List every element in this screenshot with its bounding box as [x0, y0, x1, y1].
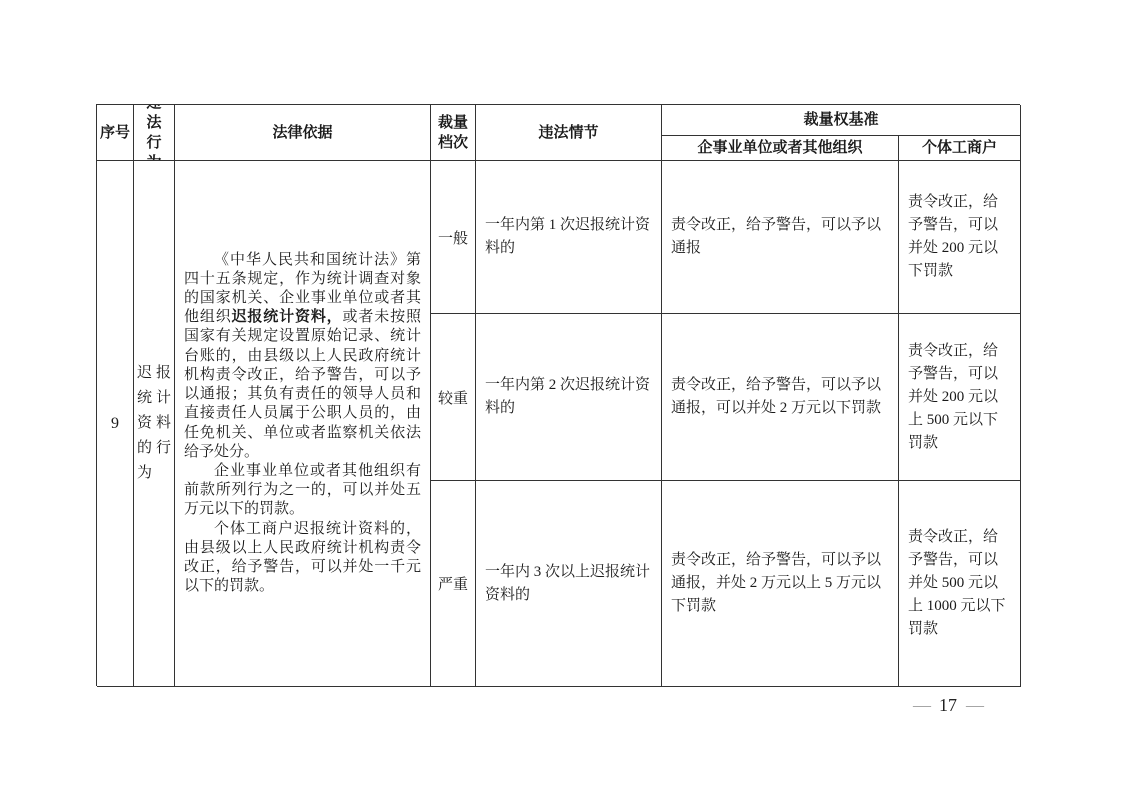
org-basis-cell-3: 责令改正，给予警告，可以予以通报，并处 2 万元以上 5 万元以下罚款 — [662, 481, 899, 687]
header-org: 企事业单位或者其他组织 — [662, 136, 899, 161]
org-basis-cell-2: 责令改正，给予警告，可以予以通报，可以并处 2 万元以下罚款 — [662, 314, 899, 481]
document-page: 序号 违法行为 法律依据 裁量档次 违法情节 裁量权基准 企事业单位或者其他组织… — [0, 0, 1122, 793]
legal-basis-paragraph-3: 个体工商户迟报统计资料的，由县级以上人民政府统计机构责令改正，给予警告，可以并处… — [184, 520, 421, 597]
header-discretion-basis-group: 裁量权基准 — [662, 105, 1021, 136]
circumstance-cell-2: 一年内第 2 次迟报统计资料的 — [476, 314, 662, 481]
org-basis-cell-1: 责令改正，给予警告，可以予以通报 — [662, 161, 899, 314]
level-cell-serious: 严重 — [431, 481, 476, 687]
circumstance-cell-1: 一年内第 1 次迟报统计资料的 — [476, 161, 662, 314]
header-serial: 序号 — [97, 105, 134, 161]
header-illegal-act: 违法行为 — [134, 105, 175, 161]
individual-basis-cell-3: 责令改正，给予警告，可以并处 500 元以上 1000 元以下罚款 — [899, 481, 1021, 687]
page-number-value: 17 — [939, 695, 957, 716]
legal-basis-paragraph-1: 《中华人民共和国统计法》第四十五条规定，作为统计调查对象的国家机关、企业事业单位… — [184, 251, 421, 462]
illegal-act-text: 迟报统计资料的行为 — [137, 361, 171, 486]
page-number-dash-left: — — [913, 695, 930, 716]
legal-basis-bold-phrase: 迟报统计资料， — [232, 309, 343, 325]
circumstance-cell-3: 一年内 3 次以上迟报统计资料的 — [476, 481, 662, 687]
header-individual-business: 个体工商户 — [899, 136, 1021, 161]
individual-basis-cell-2: 责令改正，给予警告，可以并处 200 元以上 500 元以下罚款 — [899, 314, 1021, 481]
serial-number-cell: 9 — [97, 161, 134, 687]
penalty-table: 序号 违法行为 法律依据 裁量档次 违法情节 裁量权基准 企事业单位或者其他组织… — [96, 104, 1020, 686]
header-legal-basis: 法律依据 — [175, 105, 431, 161]
level-cell-general: 一般 — [431, 161, 476, 314]
page-number-dash-right: — — [966, 695, 983, 716]
level-cell-heavier: 较重 — [431, 314, 476, 481]
individual-basis-cell-1: 责令改正，给予警告，可以并处 200 元以下罚款 — [899, 161, 1021, 314]
legal-basis-cell: 《中华人民共和国统计法》第四十五条规定，作为统计调查对象的国家机关、企业事业单位… — [175, 161, 431, 687]
page-number: — 17 — — [893, 695, 1003, 716]
header-discretion-level: 裁量档次 — [431, 105, 476, 161]
header-circumstance: 违法情节 — [476, 105, 662, 161]
illegal-act-cell: 迟报统计资料的行为 — [134, 161, 175, 687]
legal-basis-paragraph-2: 企业事业单位或者其他组织有前款所列行为之一的，可以并处五万元以下的罚款。 — [184, 462, 421, 520]
